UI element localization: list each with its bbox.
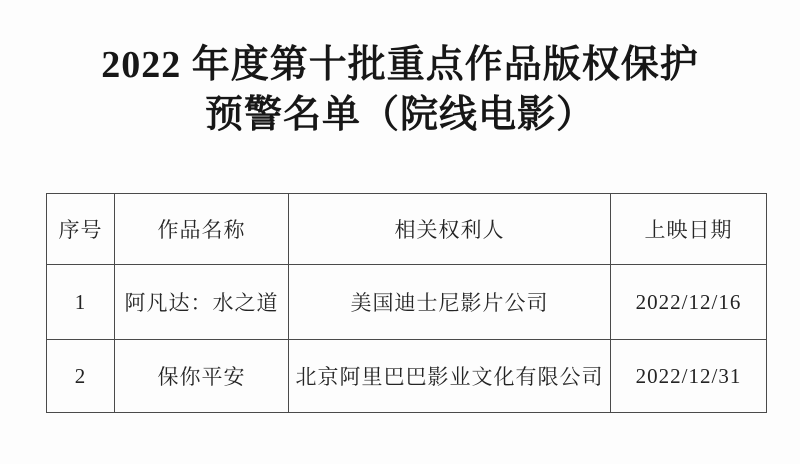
- cell-work-title: 保你平安: [115, 340, 289, 413]
- header-cell-work-title: 作品名称: [115, 194, 289, 265]
- cell-serial-number: 2: [47, 340, 115, 413]
- header-cell-rights-holder: 相关权利人: [289, 194, 611, 265]
- warning-list-table: 序号 作品名称 相关权利人 上映日期 1 阿凡达：水之道 美国迪士尼影片公司 2…: [46, 193, 767, 413]
- table-row: 2 保你平安 北京阿里巴巴影业文化有限公司 2022/12/31: [47, 340, 767, 413]
- document-title: 2022 年度第十批重点作品版权保护 预警名单（院线电影）: [0, 40, 800, 140]
- table-header-row: 序号 作品名称 相关权利人 上映日期: [47, 194, 767, 265]
- header-cell-release-date: 上映日期: [611, 194, 767, 265]
- title-line-2: 预警名单（院线电影）: [0, 90, 800, 140]
- cell-release-date: 2022/12/31: [611, 340, 767, 413]
- cell-rights-holder: 北京阿里巴巴影业文化有限公司: [289, 340, 611, 413]
- header-cell-serial-number: 序号: [47, 194, 115, 265]
- document-page: { "document": { "title_line1": "2022 年度第…: [0, 0, 800, 464]
- table-row: 1 阿凡达：水之道 美国迪士尼影片公司 2022/12/16: [47, 265, 767, 340]
- cell-release-date: 2022/12/16: [611, 265, 767, 340]
- cell-serial-number: 1: [47, 265, 115, 340]
- title-line-1: 2022 年度第十批重点作品版权保护: [0, 40, 800, 90]
- cell-rights-holder: 美国迪士尼影片公司: [289, 265, 611, 340]
- cell-work-title: 阿凡达：水之道: [115, 265, 289, 340]
